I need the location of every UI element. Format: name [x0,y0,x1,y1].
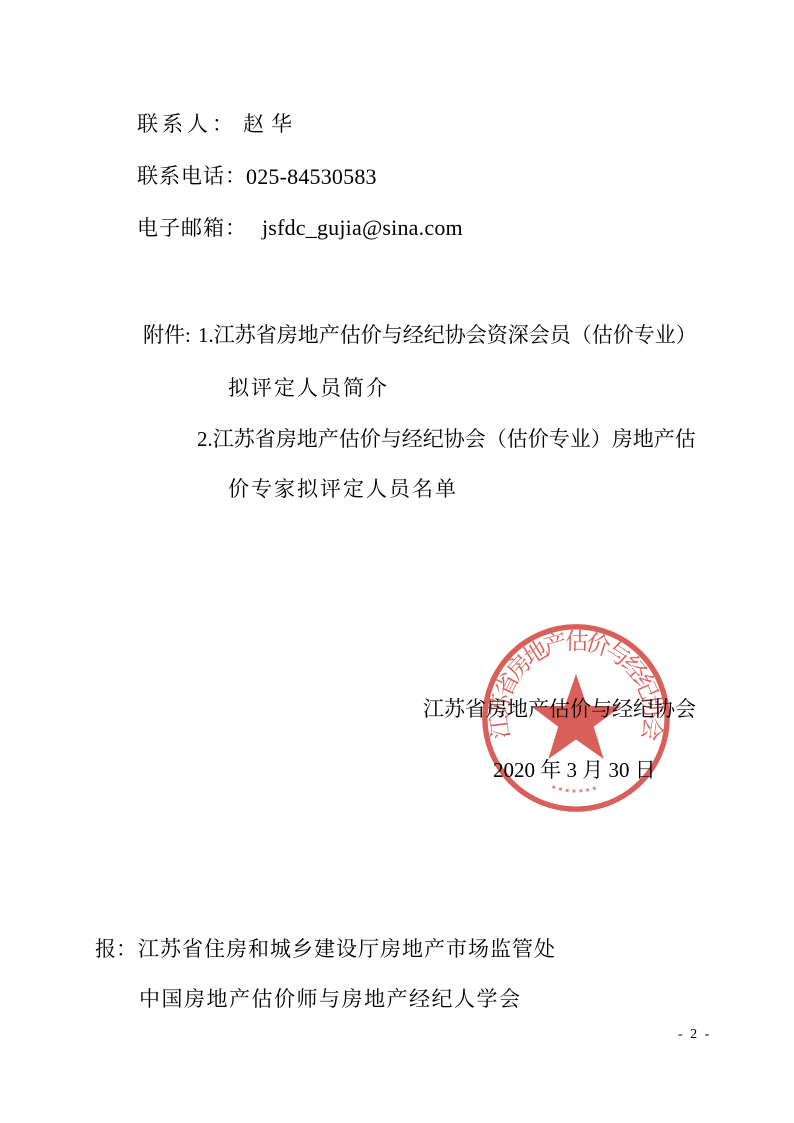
signature-org-name: 江苏省房地产估价与经纪协会 [423,697,696,721]
cc-label: 报： [95,937,137,961]
contact-person-value: 赵华 [243,112,299,136]
contact-person-label: 联系人： [137,112,237,136]
page-number: - 2 - [678,1027,711,1043]
seal-serial-marks [552,787,599,791]
contact-phone-label: 联系电话： [137,164,247,188]
cc-recipient-1: 江苏省住房和城乡建设厅房地产市场监管处 [138,937,556,961]
contact-phone-value: 025-84530583 [246,164,377,189]
attachment-item1-line2: 拟评定人员简介 [228,376,389,400]
cc-recipient-2: 中国房地产估价师与房地产经纪人学会 [139,987,522,1011]
contact-email-label: 电子邮箱： [137,216,247,240]
seal-arc-path [507,649,644,741]
document-page: 联系人： 赵华 联系电话： 025-84530583 电子邮箱： jsfdc_g… [0,0,794,1123]
attachment-item2-line1: 2.江苏省房地产估价与经纪协会（估价专业）房地产估 [197,427,696,451]
attachment-item1-line1: 1.江苏省房地产估价与经纪协会资深会员（估价专业） [198,323,697,347]
contact-email-value: jsfdc_gujia@sina.com [262,215,463,240]
seal-arc-text: 江苏省房地产估价与经纪协会 [486,628,667,742]
attachment-item2-line2: 价专家拟评定人员名单 [228,477,458,501]
attachments-label: 附件: [143,323,191,347]
seal-arc-text-holder: 江苏省房地产估价与经纪协会 [486,628,667,742]
signature-date: 2020 年 3 月 30 日 [493,758,656,782]
